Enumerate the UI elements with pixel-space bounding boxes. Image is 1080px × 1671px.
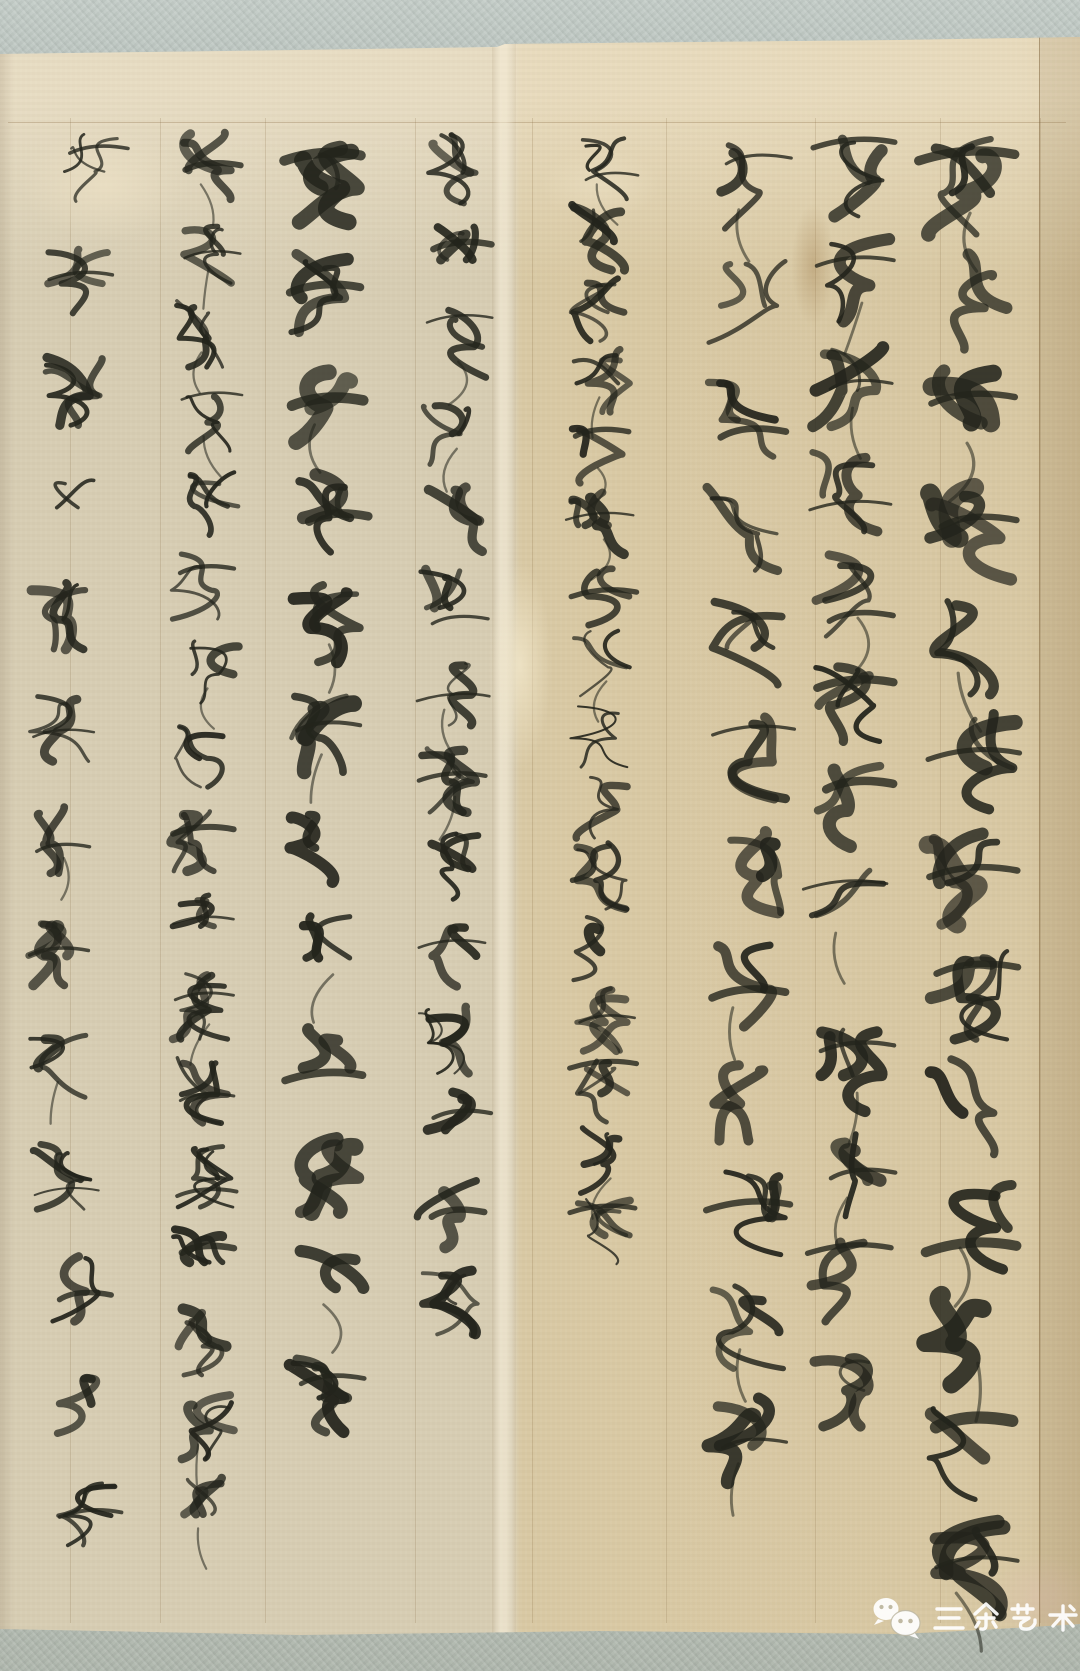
text-column: [919, 139, 1020, 1651]
text-column: [171, 133, 242, 1569]
calligraphy-scroll-photo: 守其宗廟蓋卿大夫之孝也詩云夙夜匪懈以事一人士章第五資於事父以事母而愛同資於事父以…: [0, 0, 1080, 1671]
wechat-icon: [872, 1594, 924, 1642]
text-column: [29, 134, 128, 1545]
text-column: [417, 135, 492, 1335]
watermark-text-glyphs: [933, 1601, 1080, 1635]
text-column: [803, 139, 895, 1426]
watermark: 三余艺术: [872, 1594, 1080, 1642]
text-column: [284, 148, 368, 1432]
text-column: [706, 145, 794, 1515]
calligraphy-ink-layer: [0, 0, 1080, 1671]
text-column: [566, 138, 638, 1264]
